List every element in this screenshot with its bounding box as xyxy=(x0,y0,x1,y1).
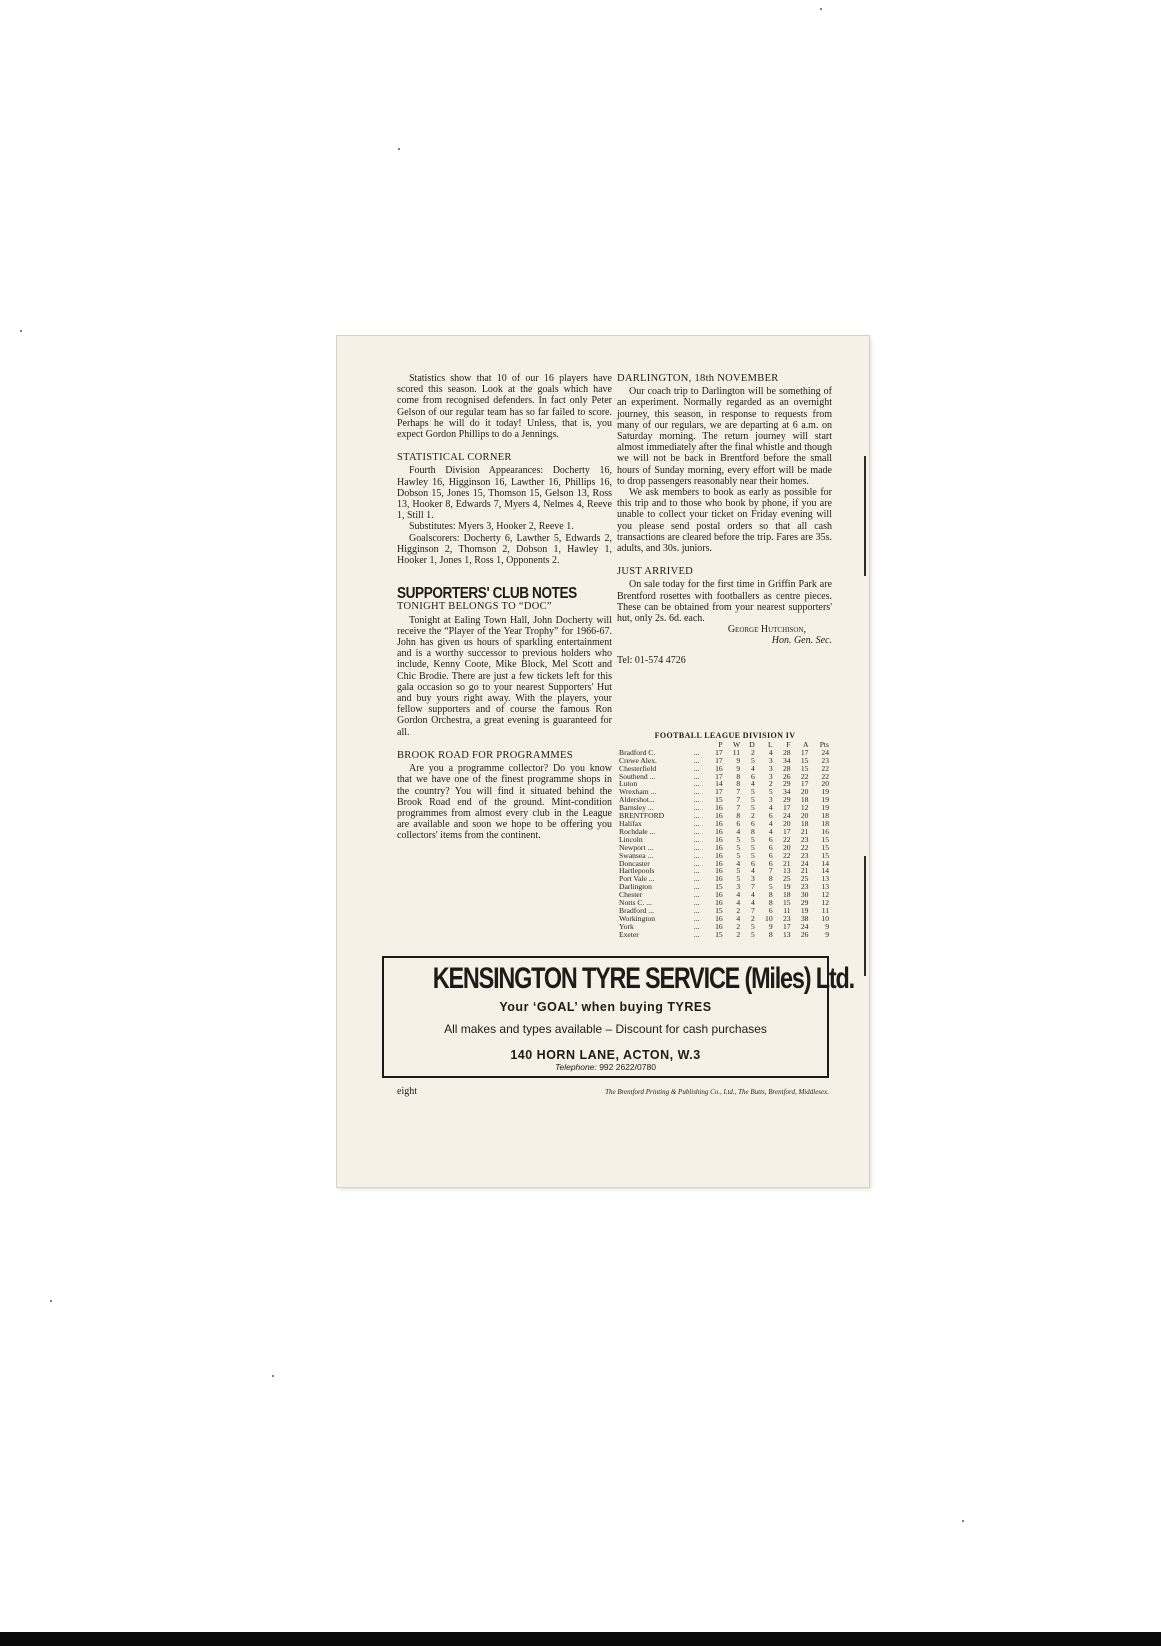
left-column: Statistics show that 10 of our 16 player… xyxy=(397,373,612,842)
table-row: Exeter...1525813269 xyxy=(619,931,831,939)
stat-p: 15 xyxy=(707,931,725,939)
signature-name: George Hutchison, xyxy=(617,624,806,635)
league-table: FOOTBALL LEAGUE DIVISION IV PWDLFAPts Br… xyxy=(619,732,831,939)
advert-tagline: Your ‘GOAL’ when buying TYRES xyxy=(384,1000,827,1014)
just-arrived-body: On sale today for the first time in Grif… xyxy=(617,579,832,624)
table-row: York...1625917249 xyxy=(619,923,831,931)
stat-w: 2 xyxy=(725,931,742,939)
statistical-corner-heading: STATISTICAL CORNER xyxy=(397,452,612,463)
advert-address: 140 HORN LANE, ACTON, W.3 xyxy=(384,1048,827,1062)
stat-d: 5 xyxy=(742,931,757,939)
printer-credit: The Brentford Printing & Publishing Co.,… xyxy=(605,1088,829,1096)
brook-road-body: Are you a programme collector? Do you kn… xyxy=(397,763,612,841)
intro-paragraph: Statistics show that 10 of our 16 player… xyxy=(397,373,612,440)
just-arrived-heading: JUST ARRIVED xyxy=(617,566,832,577)
league-table-title: FOOTBALL LEAGUE DIVISION IV xyxy=(619,732,831,741)
darlington-body-1: Our coach trip to Darlington will be som… xyxy=(617,386,832,487)
substitutes-text: Substitutes: Myers 3, Hooker 2, Reeve 1. xyxy=(397,521,612,532)
table-row: Southend ......17863262222 xyxy=(619,773,831,781)
stat-a: 26 xyxy=(793,931,811,939)
advert-line: All makes and types available – Discount… xyxy=(384,1022,827,1036)
scan-speck xyxy=(962,1520,964,1522)
right-column: DARLINGTON, 18th NOVEMBER Our coach trip… xyxy=(617,373,832,666)
tyre-advert: KENSINGTON TYRE SERVICE (Miles) Ltd. You… xyxy=(382,956,829,1078)
brook-road-heading: BROOK ROAD FOR PROGRAMMES xyxy=(397,750,612,761)
team-name: Exeter xyxy=(619,931,692,939)
table-row: Rochdale ......16484172116 xyxy=(619,828,831,836)
advert-telephone: Telephone: 992 2622/0780 xyxy=(384,1062,827,1072)
table-row: Swansea ......16556222315 xyxy=(619,852,831,860)
advert-telephone-label: Telephone: xyxy=(555,1062,597,1072)
tonight-body: Tonight at Ealing Town Hall, John Docher… xyxy=(397,615,612,738)
telephone-number: Tel: 01-574 4726 xyxy=(617,655,832,666)
table-row: Workington...164210233810 xyxy=(619,915,831,923)
scan-speck xyxy=(820,8,822,10)
signature-title: Hon. Gen. Sec. xyxy=(617,635,832,646)
stat-l: 8 xyxy=(757,931,775,939)
page-number: eight xyxy=(397,1086,417,1097)
supporters-club-heading: SUPPORTERS' CLUB NOTES xyxy=(397,588,580,599)
table-row: Darlington...15375192313 xyxy=(619,883,831,891)
scan-speck xyxy=(50,1300,52,1302)
darlington-heading: DARLINGTON, 18th NOVEMBER xyxy=(617,373,832,384)
tonight-heading: TONIGHT BELONGS TO “DOC” xyxy=(397,601,612,612)
goalscorers-text: Goalscorers: Docherty 6, Lawther 5, Edwa… xyxy=(397,533,612,567)
leader-dots: ... xyxy=(692,931,707,939)
scan-bottom-edge xyxy=(0,1632,1161,1646)
appearances-text: Fourth Division Appearances: Docherty 16… xyxy=(397,465,612,521)
advert-telephone-number: 992 2622/0780 xyxy=(599,1062,656,1072)
advert-title: KENSINGTON TYRE SERVICE (Miles) Ltd. xyxy=(433,962,779,996)
table-row: BRENTFORD...16826242018 xyxy=(619,812,831,820)
scan-speck xyxy=(398,148,400,150)
stat-pts: 9 xyxy=(810,931,831,939)
darlington-body-2: We ask members to book as early as possi… xyxy=(617,487,832,554)
scan-speck xyxy=(20,330,22,332)
programme-page: Statistics show that 10 of our 16 player… xyxy=(337,336,869,1187)
scan-speck xyxy=(272,1375,274,1377)
stat-f: 13 xyxy=(775,931,793,939)
